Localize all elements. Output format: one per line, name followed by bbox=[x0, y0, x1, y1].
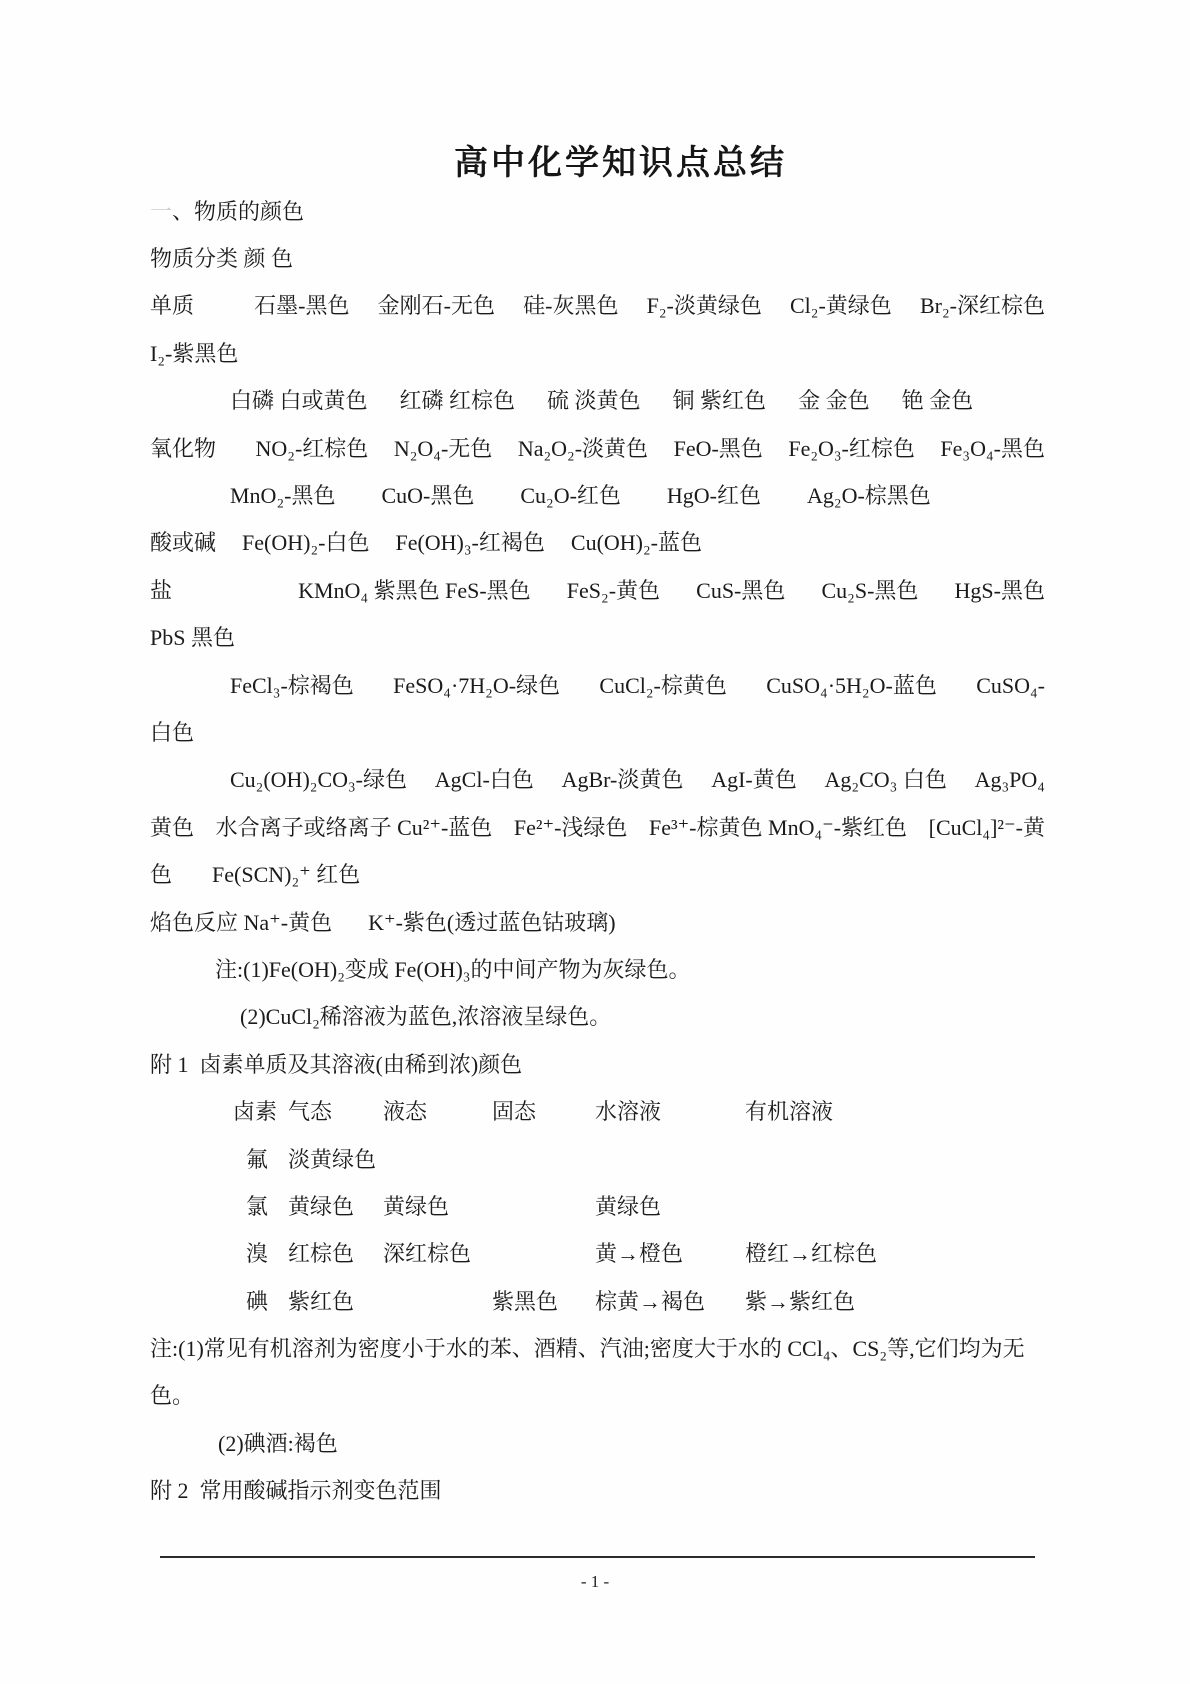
text-segment: FeS₂-黄色 bbox=[567, 580, 660, 602]
text-segment: 金 金色 bbox=[798, 390, 870, 412]
text-segment: Cu₂O-红色 bbox=[520, 485, 621, 507]
line-section-heading: 一、物质的颜色 bbox=[150, 188, 1045, 235]
line-ions-1: 黄色水合离子或络离子 Cu²⁺-蓝色Fe²⁺-浅绿色Fe³⁺-棕黄色 MnO₄⁻… bbox=[150, 804, 1045, 851]
table-cell: 紫→紫红色 bbox=[745, 1291, 1045, 1313]
line-flame-test: 焰色反应 Na⁺-黄色K⁺-紫色(透过蓝色钴玻璃) bbox=[150, 899, 1045, 946]
text-segment: FeSO₄·7H₂O-绿色 bbox=[393, 675, 560, 697]
table-cell: 黄→橙色 bbox=[595, 1243, 745, 1265]
text-segment: N₂O₄-无色 bbox=[394, 438, 492, 460]
text-segment: KMnO₄ 紫黑色 FeS-黑色 bbox=[298, 580, 531, 602]
text-segment: 色 bbox=[150, 864, 172, 886]
text-segment: Na₂O₂-淡黄色 bbox=[518, 438, 648, 460]
text-segment: Fe₂O₃-红棕色 bbox=[788, 438, 915, 460]
text-segment: [CuCl₄]²⁻-黄 bbox=[929, 817, 1045, 839]
line-salts-4: 白色 bbox=[150, 709, 1045, 756]
footer-divider bbox=[160, 1556, 1035, 1558]
text-segment: 硅-灰黑色 bbox=[523, 295, 618, 317]
text-segment: FeO-黑色 bbox=[674, 438, 763, 460]
column-header: 有机溶液 bbox=[745, 1101, 1045, 1123]
text-segment: CuCl₂-棕黄色 bbox=[599, 675, 726, 697]
text-segment: CuS-黑色 bbox=[696, 580, 785, 602]
line-salts-5: Cu₂(OH)₂CO₃-绿色AgCl-白色AgBr-淡黄色AgI-黄色Ag₂CO… bbox=[150, 757, 1045, 804]
text-segment: Cl₂-黄绿色 bbox=[790, 295, 892, 317]
text-segment: Fe₃O₄-黑色 bbox=[940, 438, 1045, 460]
line-elements-3: 白磷 白或黄色红磷 红棕色硫 淡黄色铜 紫红色金 金色铯 金色 bbox=[150, 378, 1045, 425]
text-segment: 黄色 bbox=[150, 817, 194, 839]
note-text: (2)碘酒:褐色 bbox=[218, 1433, 338, 1455]
halogen-table-row-chlorine: 氯 黄绿色 黄绿色 黄绿色 bbox=[150, 1183, 1045, 1230]
text-segment: Br₂-深红棕色 bbox=[920, 295, 1045, 317]
text-segment: F₂-淡黄绿色 bbox=[647, 295, 762, 317]
text-segment: HgO-红色 bbox=[667, 485, 761, 507]
document-content: 高中化学知识点总结 一、物质的颜色 物质分类 颜 色 单质石墨-黑色金刚石-无色… bbox=[150, 131, 1045, 1515]
annex1-heading-text: 附 1 卤素单质及其溶液(由稀到浓)颜色 bbox=[150, 1054, 522, 1076]
column-header: 卤素 bbox=[233, 1101, 288, 1123]
note-text: (2)CuCl₂稀溶液为蓝色,浓溶液呈绿色。 bbox=[240, 1006, 611, 1028]
text-segment: 焰色反应 Na⁺-黄色 bbox=[150, 912, 332, 934]
table-cell: 紫红色 bbox=[288, 1291, 383, 1313]
text-segment: FeCl₃-棕褐色 bbox=[230, 675, 354, 697]
table-cell: 红棕色 bbox=[288, 1243, 383, 1265]
column-header: 水溶液 bbox=[595, 1101, 745, 1123]
text-segment: CuSO₄·5H₂O-蓝色 bbox=[766, 675, 937, 697]
halogen-table-header: 卤素 气态 液态 固态 水溶液 有机溶液 bbox=[150, 1088, 1045, 1135]
text-segment: 氧化物 bbox=[150, 438, 230, 460]
text-segment: Cu₂(OH)₂CO₃-绿色 bbox=[230, 769, 407, 791]
section-number: 一 bbox=[150, 201, 172, 223]
line-annex1-note-1a: 注:(1)常见有机溶剂为密度小于水的苯、酒精、汽油;密度大于水的 CCl₄、CS… bbox=[150, 1325, 1045, 1372]
text-segment: MnO₂-黑色 bbox=[230, 485, 335, 507]
page-title: 高中化学知识点总结 bbox=[150, 131, 1045, 188]
table-cell: 黄绿色 bbox=[288, 1196, 383, 1218]
text-segment: AgBr-淡黄色 bbox=[562, 769, 684, 791]
text-segment: 酸或碱 bbox=[150, 532, 216, 554]
line-oxides-1: 氧化物NO₂-红棕色N₂O₄-无色Na₂O₂-淡黄色FeO-黑色Fe₂O₃-红棕… bbox=[150, 425, 1045, 472]
line-note-1: 注:(1)Fe(OH)₂变成 Fe(OH)₃的中间产物为灰绿色。 bbox=[150, 946, 1045, 993]
line-oxides-2: MnO₂-黑色CuO-黑色Cu₂O-红色HgO-红色Ag₂O-棕黑色 bbox=[150, 472, 1045, 519]
note-text: 注:(1)常见有机溶剂为密度小于水的苯、酒精、汽油;密度大于水的 CCl₄、CS… bbox=[150, 1338, 1025, 1360]
line-annex1-note-1b: 色。 bbox=[150, 1373, 1045, 1420]
annex2-heading-text: 附 2 常用酸碱指示剂变色范围 bbox=[150, 1480, 442, 1502]
text-segment: Fe(SCN)₂⁺ 红色 bbox=[212, 864, 360, 886]
note-text: 色。 bbox=[150, 1385, 194, 1407]
page-title-text: 高中化学知识点总结 bbox=[454, 135, 787, 184]
text-segment: PbS 黑色 bbox=[150, 627, 235, 649]
line-elements-1: 单质石墨-黑色金刚石-无色硅-灰黑色F₂-淡黄绿色Cl₂-黄绿色Br₂-深红棕色 bbox=[150, 283, 1045, 330]
text-segment: Fe(OH)₂-白色 bbox=[242, 532, 369, 554]
document-page: 高中化学知识点总结 一、物质的颜色 物质分类 颜 色 单质石墨-黑色金刚石-无色… bbox=[0, 0, 1190, 1684]
table-cell: 氯 bbox=[233, 1196, 288, 1218]
halogen-table-row-fluorine: 氟 淡黄绿色 bbox=[150, 1136, 1045, 1183]
halogen-table-row-bromine: 溴 红棕色 深红棕色 黄→橙色 橙红→红棕色 bbox=[150, 1231, 1045, 1278]
column-header: 固态 bbox=[492, 1101, 595, 1123]
text-segment: Fe³⁺-棕黄色 MnO₄⁻-紫红色 bbox=[649, 817, 907, 839]
text-segment: HgS-黑色 bbox=[955, 580, 1045, 602]
line-salts-3: FeCl₃-棕褐色FeSO₄·7H₂O-绿色CuCl₂-棕黄色CuSO₄·5H₂… bbox=[150, 662, 1045, 709]
text-segment: CuSO₄- bbox=[976, 675, 1045, 697]
text-segment: 白色 bbox=[150, 722, 194, 744]
table-cell: 氟 bbox=[233, 1149, 288, 1171]
table-cell: 橙红→红棕色 bbox=[745, 1243, 1045, 1265]
line-salts-2: PbS 黑色 bbox=[150, 615, 1045, 662]
text-segment: 石墨-黑色 bbox=[254, 295, 349, 317]
classification-header-text: 物质分类 颜 色 bbox=[150, 248, 293, 270]
text-segment: 盐 bbox=[150, 580, 262, 602]
text-segment: Cu(OH)₂-蓝色 bbox=[571, 532, 702, 554]
column-header: 气态 bbox=[288, 1101, 383, 1123]
table-cell: 黄绿色 bbox=[383, 1196, 492, 1218]
line-elements-2: I₂-紫黑色 bbox=[150, 330, 1045, 377]
line-annex1-heading: 附 1 卤素单质及其溶液(由稀到浓)颜色 bbox=[150, 1041, 1045, 1088]
text-segment: 铜 紫红色 bbox=[673, 390, 767, 412]
section-heading-text: 、物质的颜色 bbox=[172, 201, 304, 223]
text-segment: AgCl-白色 bbox=[435, 769, 534, 791]
text-segment: CuO-黑色 bbox=[381, 485, 474, 507]
table-cell: 黄绿色 bbox=[595, 1196, 745, 1218]
halogen-table-row-iodine: 碘 紫红色 紫黑色 棕黄→褐色 紫→紫红色 bbox=[150, 1278, 1045, 1325]
table-cell: 棕黄→褐色 bbox=[595, 1291, 745, 1313]
text-segment: 金刚石-无色 bbox=[378, 295, 495, 317]
text-segment: NO₂-红棕色 bbox=[256, 438, 369, 460]
text-segment: K⁺-紫色(透过蓝色钴玻璃) bbox=[368, 912, 615, 934]
table-cell: 紫黑色 bbox=[492, 1291, 595, 1313]
text-segment: I₂-紫黑色 bbox=[150, 343, 238, 365]
text-segment: Fe(OH)₃-红褐色 bbox=[395, 532, 544, 554]
table-cell: 碘 bbox=[233, 1291, 288, 1313]
text-segment: 红磷 红棕色 bbox=[400, 390, 516, 412]
table-cell: 淡黄绿色 bbox=[288, 1149, 383, 1171]
text-segment: 白磷 白或黄色 bbox=[230, 390, 368, 412]
line-annex1-note-2: (2)碘酒:褐色 bbox=[150, 1420, 1045, 1467]
line-classification-header: 物质分类 颜 色 bbox=[150, 235, 1045, 282]
table-cell: 深红棕色 bbox=[383, 1243, 492, 1265]
text-segment: Ag₂O-棕黑色 bbox=[807, 485, 931, 507]
text-segment: 水合离子或络离子 Cu²⁺-蓝色 bbox=[216, 817, 493, 839]
page-number: - 1 - bbox=[0, 1572, 1190, 1592]
table-cell: 溴 bbox=[233, 1243, 288, 1265]
text-segment: Cu₂S-黑色 bbox=[822, 580, 919, 602]
text-segment: 铯 金色 bbox=[902, 390, 974, 412]
line-acids-bases: 酸或碱Fe(OH)₂-白色Fe(OH)₃-红褐色Cu(OH)₂-蓝色 bbox=[150, 520, 1045, 567]
text-segment: 单质 bbox=[150, 295, 226, 317]
line-ions-2: 色Fe(SCN)₂⁺ 红色 bbox=[150, 851, 1045, 898]
text-segment: 硫 淡黄色 bbox=[547, 390, 641, 412]
text-segment: Ag₃PO₄ bbox=[975, 769, 1045, 791]
text-segment: Fe²⁺-浅绿色 bbox=[514, 817, 628, 839]
column-header: 液态 bbox=[383, 1101, 492, 1123]
line-salts-1: 盐KMnO₄ 紫黑色 FeS-黑色FeS₂-黄色CuS-黑色Cu₂S-黑色HgS… bbox=[150, 567, 1045, 614]
note-text: 注:(1)Fe(OH)₂变成 Fe(OH)₃的中间产物为灰绿色。 bbox=[215, 959, 690, 981]
line-note-2: (2)CuCl₂稀溶液为蓝色,浓溶液呈绿色。 bbox=[150, 994, 1045, 1041]
line-annex2-heading: 附 2 常用酸碱指示剂变色范围 bbox=[150, 1468, 1045, 1515]
text-segment: Ag₂CO₃ 白色 bbox=[825, 769, 947, 791]
text-segment: AgI-黄色 bbox=[711, 769, 797, 791]
